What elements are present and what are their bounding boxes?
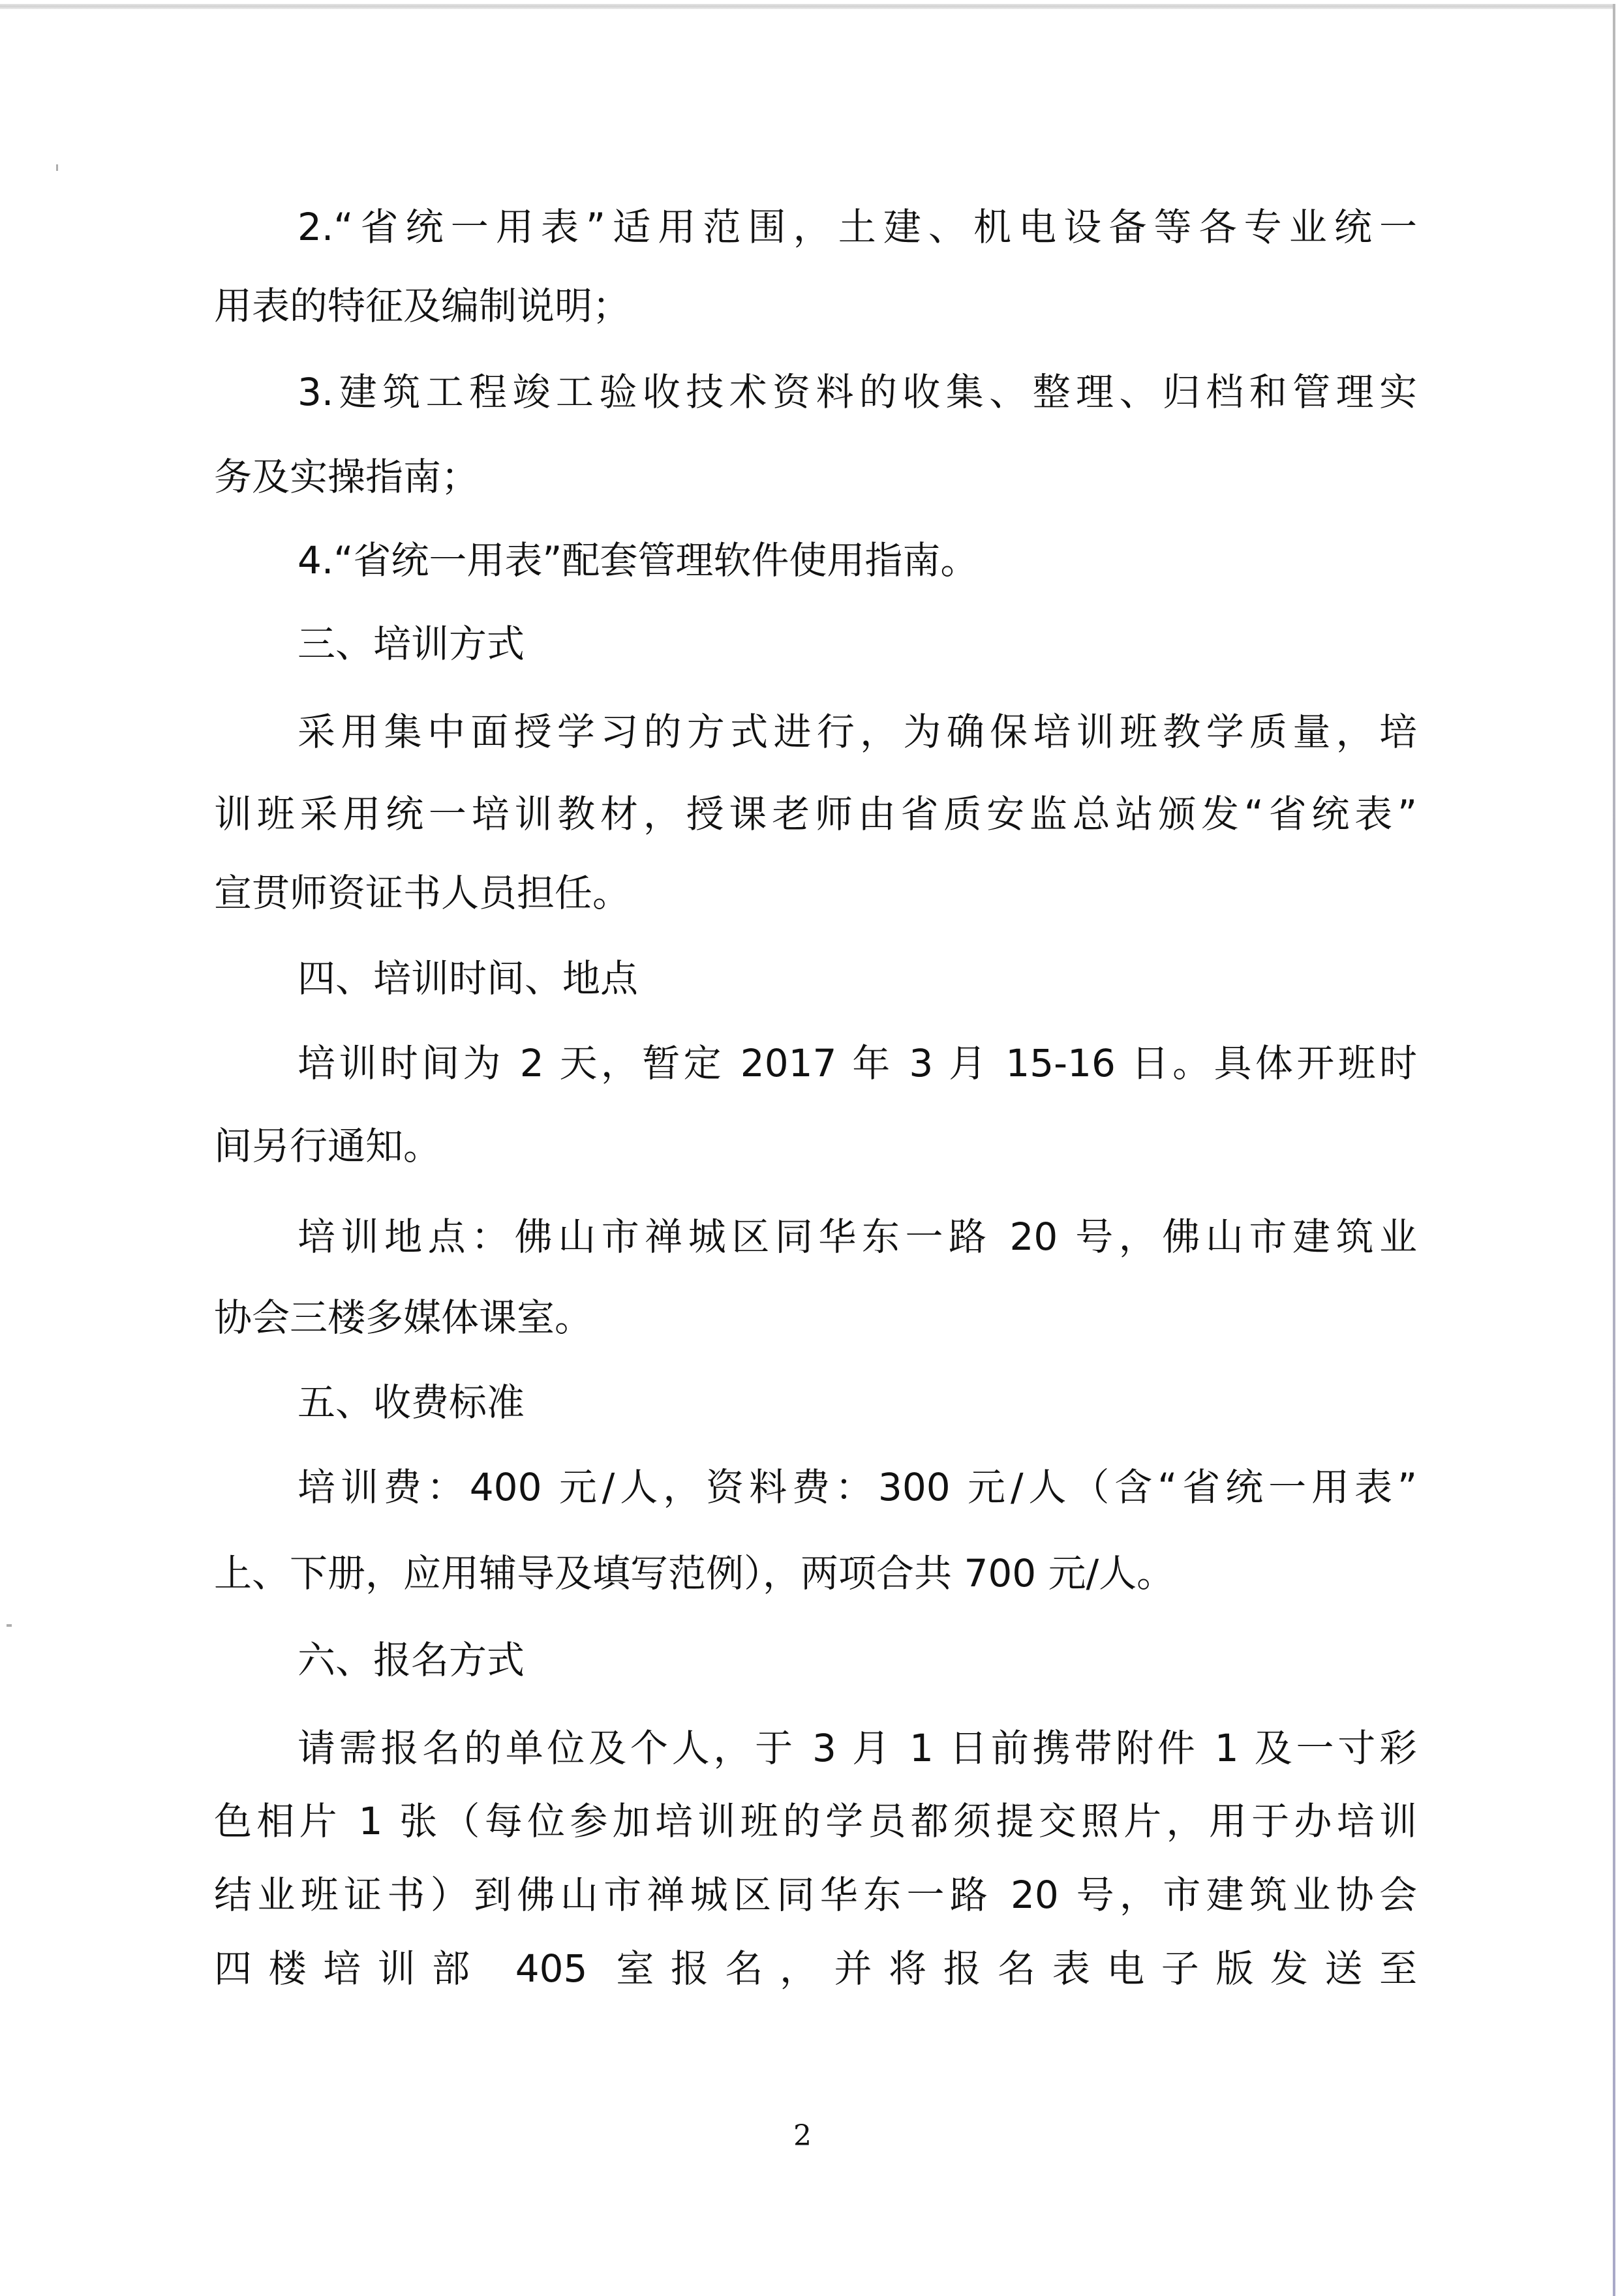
text-line: 色相片 1 张（每位参加培训班的学员都须提交照片，用于办培训 bbox=[214, 1795, 1417, 1847]
text-line: 3.建筑工程竣工验收技术资料的收集、整理、归档和管理实 bbox=[298, 366, 1417, 418]
text-line: 采用集中面授学习的方式进行，为确保培训班教学质量，培 bbox=[298, 706, 1417, 758]
section-heading: 五、收费标准 bbox=[298, 1376, 525, 1428]
text-line: 训班采用统一培训教材，授课老师由省质安监总站颁发“省统表” bbox=[214, 788, 1417, 840]
text-line: 培训时间为 2 天，暂定 2017 年 3 月 15-16 日。具体开班时 bbox=[298, 1037, 1417, 1089]
scan-speck bbox=[7, 1624, 12, 1627]
scan-border-top bbox=[0, 4, 1615, 9]
text-line: 2.“省统一用表”适用范围，土建、机电设备等各专业统一 bbox=[298, 201, 1417, 253]
scan-speck bbox=[56, 164, 58, 171]
section-heading: 四、培训时间、地点 bbox=[298, 952, 638, 1004]
text-line: 上、下册，应用辅导及填写范例），两项合共 700 元/人。 bbox=[214, 1547, 1174, 1599]
text-line: 请需报名的单位及个人，于 3 月 1 日前携带附件 1 及一寸彩 bbox=[298, 1722, 1417, 1774]
section-heading: 六、报名方式 bbox=[298, 1634, 525, 1686]
text-line: 用表的特征及编制说明； bbox=[214, 280, 630, 332]
text-line: 间另行通知。 bbox=[214, 1120, 441, 1172]
text-line: 务及实操指南； bbox=[214, 451, 479, 503]
text-line: 协会三楼多媒体课室。 bbox=[214, 1291, 592, 1344]
scan-border-right bbox=[1613, 4, 1615, 2296]
text-line: 结业班证书）到佛山市禅城区同华东一路 20 号，市建筑业协会 bbox=[214, 1869, 1417, 1921]
page-number: 2 bbox=[783, 2117, 822, 2156]
text-line: 四楼培训部 405 室报名，并将报名表电子版发送至 bbox=[214, 1942, 1417, 1995]
section-heading: 三、培训方式 bbox=[298, 618, 525, 670]
text-line: 宣贯师资证书人员担任。 bbox=[214, 867, 630, 919]
text-line: 培训费：400 元/人，资料费：300 元/人（含“省统一用表” bbox=[298, 1461, 1417, 1513]
text-line: 4.“省统一用表”配套管理软件使用指南。 bbox=[298, 534, 978, 586]
document-page: 2.“省统一用表”适用范围，土建、机电设备等各专业统一用表的特征及编制说明；3.… bbox=[0, 0, 1618, 2296]
text-line: 培训地点：佛山市禅城区同华东一路 20 号，佛山市建筑业 bbox=[298, 1211, 1417, 1263]
